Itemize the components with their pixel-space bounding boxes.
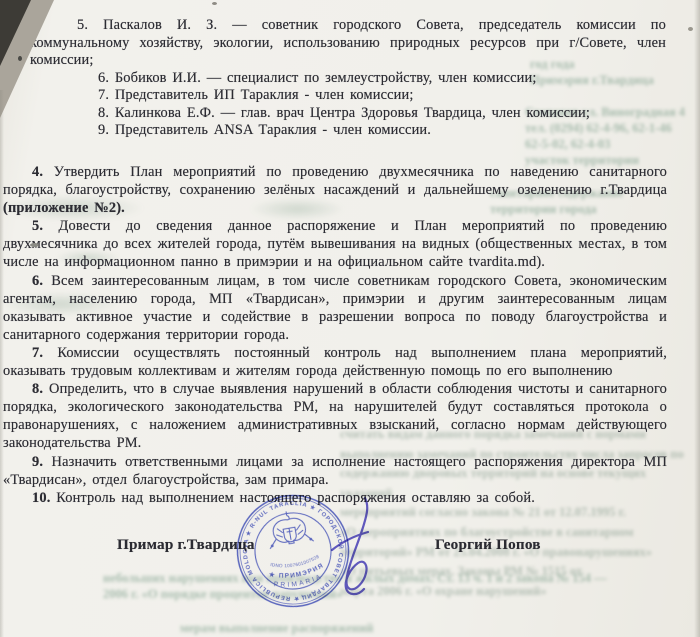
page-left-edge-shadow: [0, 90, 4, 637]
paragraph-number: 7.: [32, 345, 43, 361]
scanned-document-page: год года Примэрия г.Твардица Степанов ул…: [0, 0, 700, 637]
paragraph-number: 5.: [32, 218, 43, 234]
page-right-edge-shadow: [694, 0, 700, 637]
bleed-through-text: небольших нарушениях при производстве и …: [103, 570, 693, 602]
signatory-name: Георгий Попов: [435, 536, 541, 554]
scan-speck: [212, 2, 217, 5]
paragraph-point-8: 8. Определить, что в случае выявления на…: [3, 380, 667, 452]
paragraph-point-7: 7. Комиссии осуществлять постоянный конт…: [3, 344, 667, 380]
paragraph-number: 6.: [32, 273, 43, 289]
member-item: 8. Калинкова Е.Ф. — глав. врач Центра Зд…: [30, 105, 666, 123]
page-corner-dark-shadow: [0, 0, 31, 66]
moldova-coat-of-arms-icon: [264, 508, 313, 549]
paragraph-number: 4.: [32, 164, 43, 180]
paragraph-number: 8.: [32, 381, 43, 397]
member-item: 9. Представитель ANSA Тараклия - член ко…: [30, 122, 666, 140]
commission-members-list: 5. Паскалов И. З. — советник городского …: [30, 17, 666, 140]
paragraph-text: Определить, что в случае выявления наруш…: [3, 381, 667, 451]
order-paragraphs: 4. Утвердить План мероприятий по проведе…: [3, 163, 667, 507]
paragraph-text: Комиссии осуществлять постоянный контрол…: [3, 345, 667, 379]
paragraph-text: Утвердить План мероприятий по проведению…: [3, 164, 667, 198]
member-item: 5. Паскалов И. З. — советник городского …: [30, 17, 666, 70]
paragraph-number: 10.: [32, 490, 50, 506]
paragraph-point-6: 6. Всем заинтересованным лицам, в том чи…: [3, 272, 667, 344]
paragraph-text: Всем заинтересованным лицам, в том числе…: [3, 273, 667, 343]
scan-speck: [18, 56, 22, 61]
handwritten-signature: [320, 492, 390, 607]
member-item: 6. Бобиков И.И. — специалист по землеуст…: [30, 70, 666, 88]
paragraph-number: 9.: [32, 454, 43, 470]
paragraph-point-5: 5. Довести до сведения данное распоряжен…: [3, 217, 667, 271]
scan-speck: [688, 27, 693, 31]
paragraph-text: Довести до сведения данное распоряжение …: [3, 218, 667, 270]
paragraph-point-4: 4. Утвердить План мероприятий по проведе…: [3, 163, 667, 217]
scan-speck: [30, 243, 39, 247]
member-item: 7. Представитель ИП Тараклия - член коми…: [30, 87, 666, 105]
paragraph-bold-tail: (приложение №2).: [3, 200, 125, 216]
